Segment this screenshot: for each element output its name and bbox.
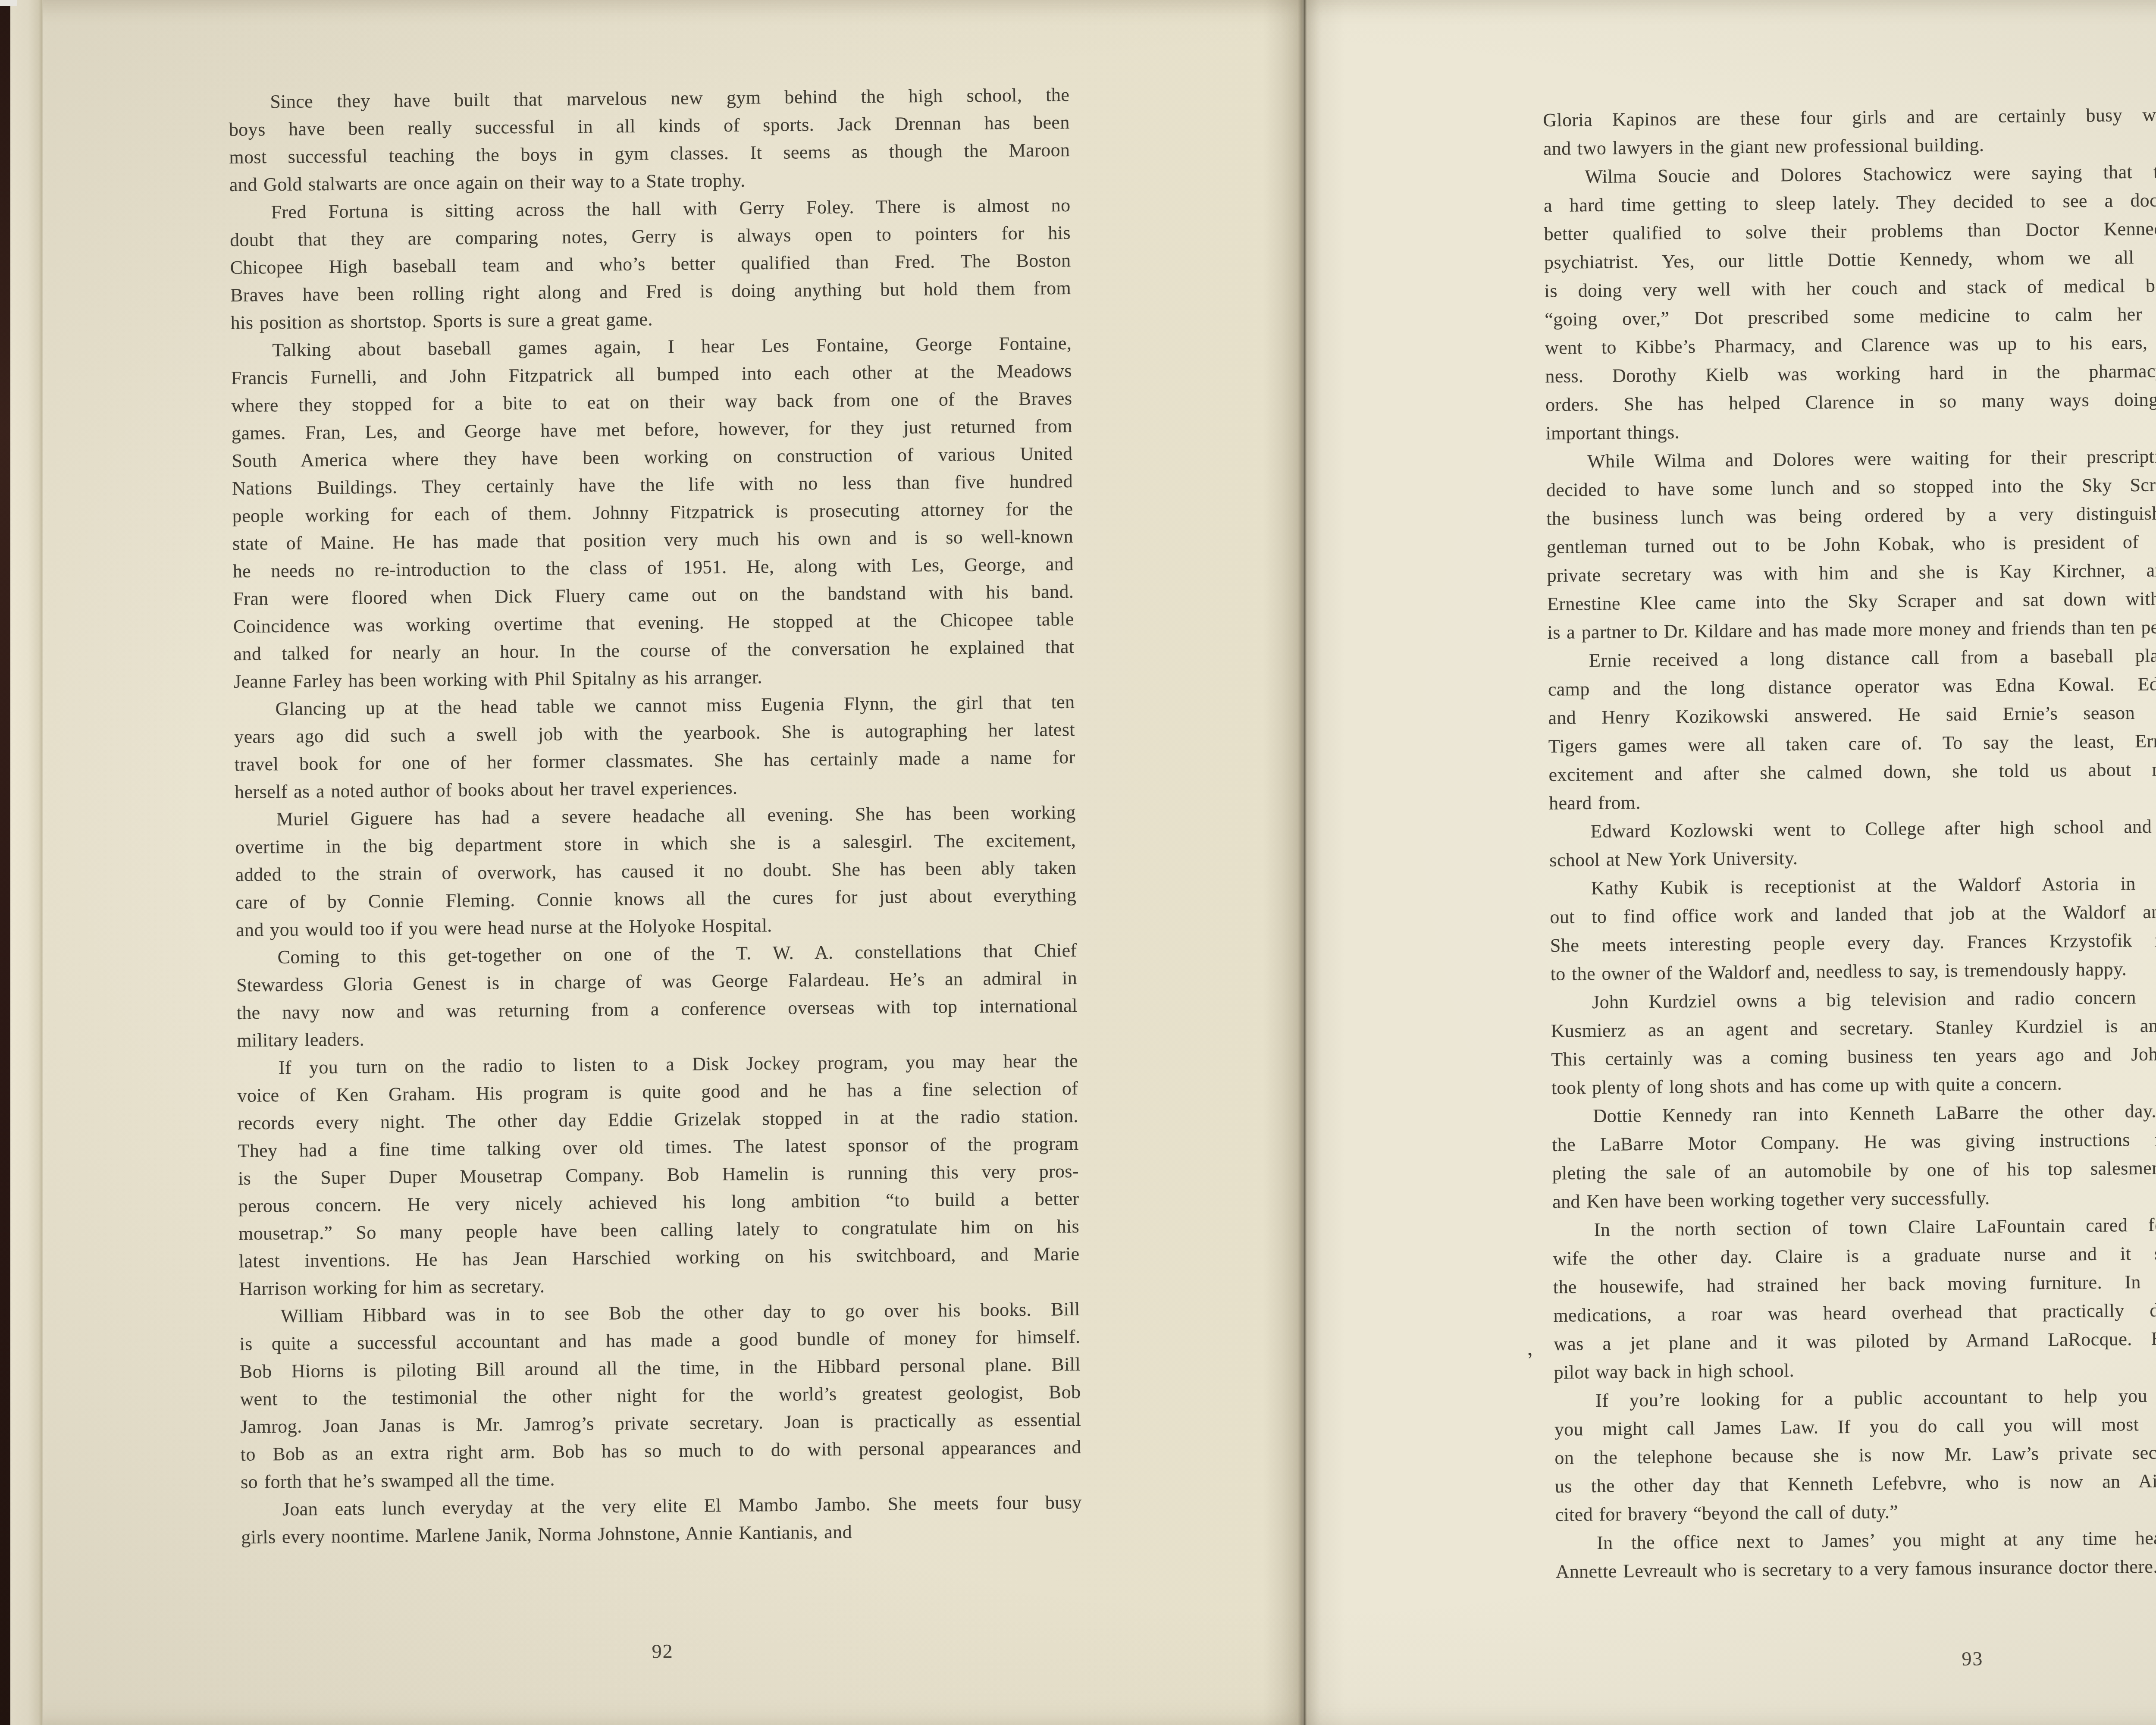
right-page-block: Gloria Kapinos are these four girls and … xyxy=(1543,99,2156,1674)
right-page-text: Gloria Kapinos are these four girls and … xyxy=(1543,99,2156,1586)
left-page-edge xyxy=(10,0,43,1725)
book-cover-edge xyxy=(0,0,10,1725)
stray-ink-mark: ’ xyxy=(1525,1347,1537,1373)
right-page: Gloria Kapinos are these four girls and … xyxy=(1302,0,2156,1725)
book-gutter-shadow xyxy=(1263,0,1345,1725)
left-page-number: 92 xyxy=(242,1636,1083,1666)
left-page-block: Since they have built that marvelous new… xyxy=(229,81,1083,1666)
left-page-text: Since they have built that marvelous new… xyxy=(229,81,1082,1551)
left-page: Since they have built that marvelous new… xyxy=(10,0,1302,1725)
text-line: Gloria Kapinos are these four girls and … xyxy=(1543,99,2156,135)
cover-corner-sliver xyxy=(0,0,17,6)
yearbook-scan: Since they have built that marvelous new… xyxy=(0,0,2156,1725)
right-page-number: 93 xyxy=(1556,1643,2156,1674)
